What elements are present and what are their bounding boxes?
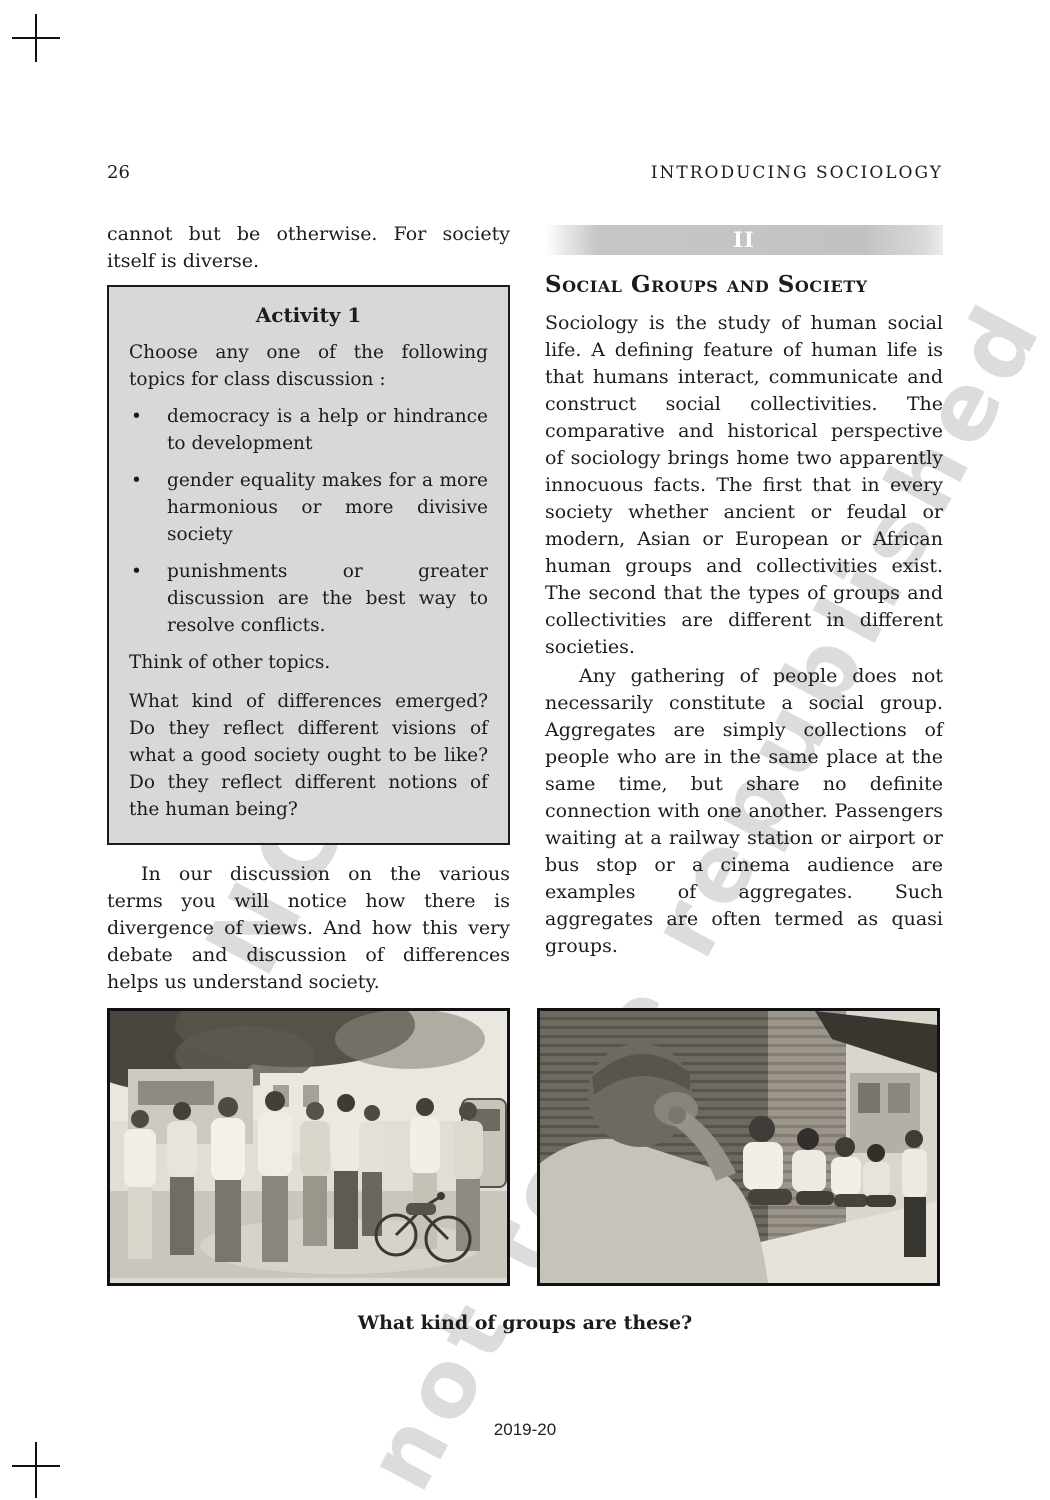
figures-row [107, 1008, 943, 1286]
men-sitting-photo [537, 1008, 940, 1286]
bullet-icon: • [129, 558, 167, 639]
closing-paragraph: In our discussion on the various terms y… [107, 861, 510, 996]
activity-note: Think of other topics. [129, 649, 488, 676]
street-group-photo [107, 1008, 510, 1286]
bullet-icon: • [129, 467, 167, 548]
running-header-title: INTRODUCING SOCIOLOGY [651, 163, 943, 183]
page-number: 26 [107, 162, 130, 183]
bullet-text: punishments or greater discussion are th… [167, 558, 488, 639]
bullet-text: democracy is a help or hindrance to deve… [167, 403, 488, 457]
bullet-icon: • [129, 403, 167, 457]
running-header: 26 INTRODUCING SOCIOLOGY [107, 162, 943, 183]
crop-mark-top-left [10, 12, 62, 68]
textbook-page: © NCERT not to be republished 26 INTRODU… [0, 0, 1050, 1500]
section-marker-bar: II [545, 225, 943, 255]
body-paragraph-2: Any gathering of people does not necessa… [545, 663, 943, 960]
page-content: 26 INTRODUCING SOCIOLOGY cannot but be o… [0, 0, 1050, 1334]
activity-questions: What kind of differences emerged? Do the… [129, 688, 488, 823]
crop-mark-bottom-left [10, 1440, 62, 1500]
left-column: cannot but be otherwise. For society its… [107, 221, 510, 986]
activity-title: Activity 1 [129, 303, 488, 327]
body-paragraph-1: Sociology is the study of human social l… [545, 310, 943, 661]
section-heading: Social Groups and Society [545, 271, 943, 298]
two-column-layout: cannot but be otherwise. For society its… [107, 221, 943, 986]
activity-intro: Choose any one of the following topics f… [129, 339, 488, 393]
opening-paragraph: cannot but be otherwise. For society its… [107, 221, 510, 275]
figure-caption: What kind of groups are these? [107, 1312, 943, 1334]
page-footer: 2019-20 [0, 1420, 1050, 1440]
activity-bullet-2: • gender equality makes for a more harmo… [129, 467, 488, 548]
activity-box: Activity 1 Choose any one of the followi… [107, 285, 510, 845]
activity-bullet-1: • democracy is a help or hindrance to de… [129, 403, 488, 457]
activity-bullet-3: • punishments or greater discussion are … [129, 558, 488, 639]
bullet-text: gender equality makes for a more harmoni… [167, 467, 488, 548]
right-column: II Social Groups and Society Sociology i… [545, 221, 943, 986]
